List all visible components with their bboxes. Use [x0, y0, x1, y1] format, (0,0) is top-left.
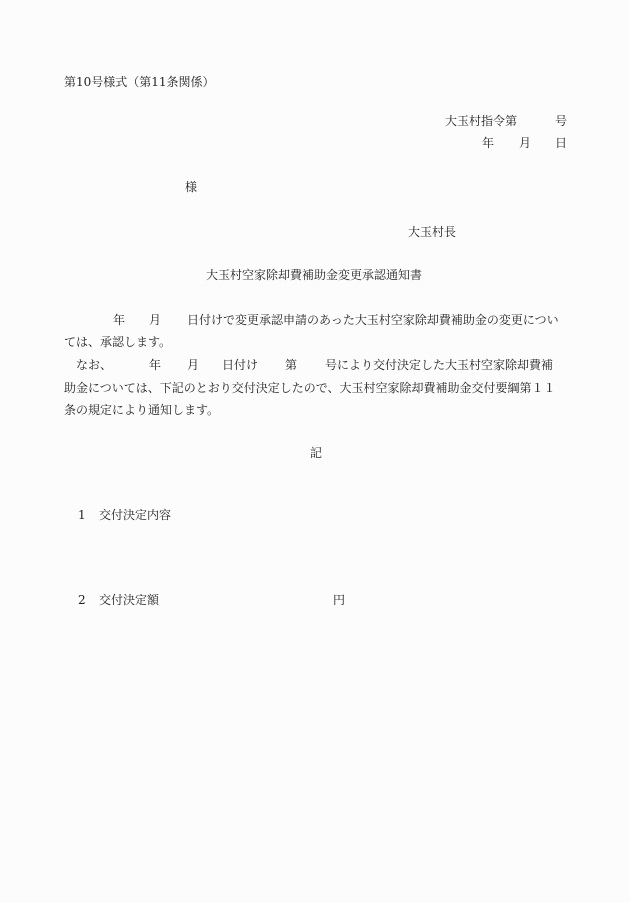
- p2-month: 月: [187, 359, 199, 371]
- form-label: 第10号様式（第11条関係）: [64, 76, 215, 88]
- sender-name: 大玉村長: [408, 226, 456, 238]
- p2-number-prefix: 第: [285, 359, 297, 371]
- p2-year: 年: [149, 359, 161, 371]
- issuer-number-prefix: 大玉村指令第: [445, 115, 517, 127]
- date-month: 月: [519, 137, 531, 149]
- p1-line1: 日付けで変更承認申請のあった大玉村空家除却費補助金の変更につい: [187, 314, 559, 326]
- p2-line1: 号により交付決定した大玉村空家除却費補: [325, 359, 553, 371]
- p2-line3: 条の規定により通知します。: [64, 404, 219, 416]
- issuer-number-suffix: 号: [555, 115, 567, 127]
- p1-year: 年: [113, 314, 125, 326]
- item-1-number: 1: [78, 509, 86, 521]
- date-day: 日: [555, 137, 567, 149]
- p2-intro: なお、: [76, 359, 112, 371]
- p2-line2: 助金については、下記のとおり交付決定したので、大玉村空家除却費補助金交付要綱第１…: [64, 382, 556, 394]
- p1-line2: ては、承認します。: [64, 336, 171, 348]
- item-2-unit: 円: [333, 594, 345, 606]
- date-year: 年: [482, 137, 494, 149]
- p2-day: 日付け: [222, 359, 258, 371]
- item-2-label: 交付決定額: [99, 594, 159, 606]
- document-title: 大玉村空家除却費補助金変更承認通知書: [206, 269, 422, 281]
- ki-heading: 記: [310, 447, 322, 459]
- p1-month: 月: [149, 314, 161, 326]
- item-2-number: 2: [78, 594, 86, 606]
- item-1-label: 交付決定内容: [99, 509, 171, 521]
- recipient-suffix: 様: [185, 181, 197, 193]
